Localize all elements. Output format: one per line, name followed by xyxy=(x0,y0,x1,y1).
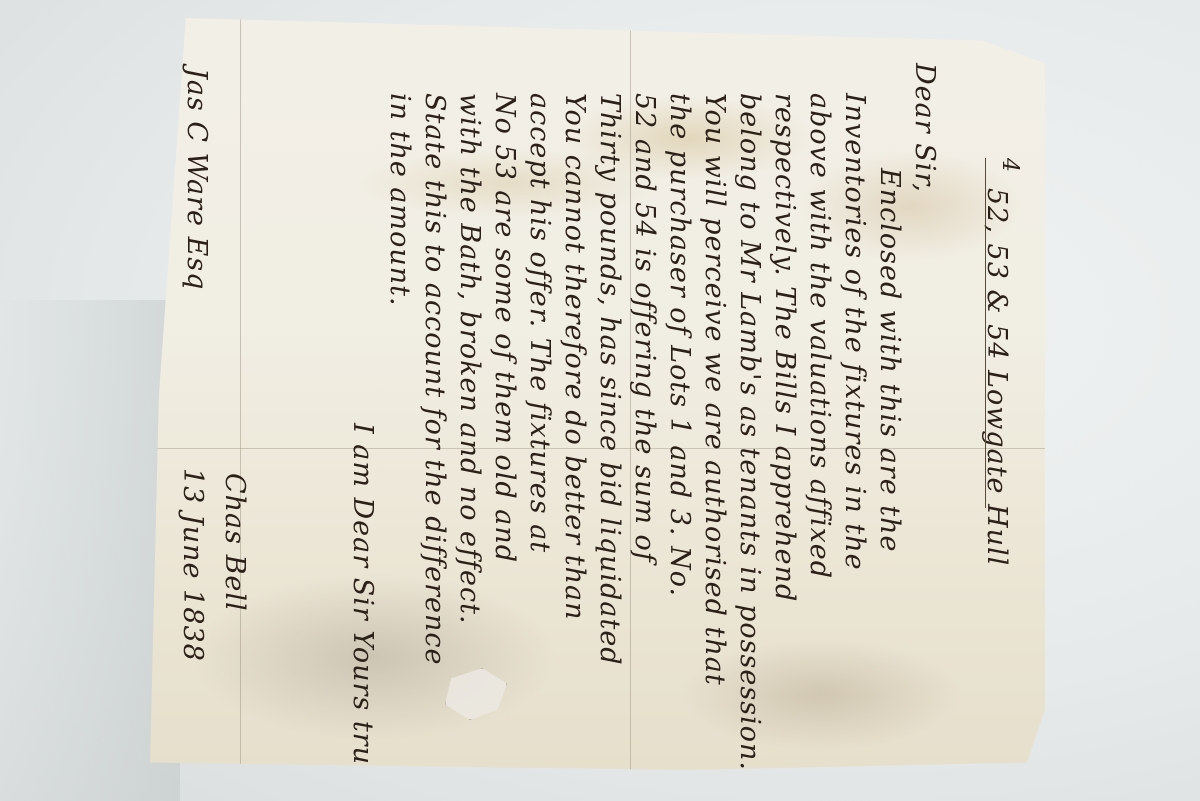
letter-date: 13 June 1838 xyxy=(177,468,208,662)
closing: I am Dear Sir Yours truly xyxy=(347,423,378,791)
body-line: accept his offer. The fixtures at xyxy=(524,93,555,553)
body-line: You cannot therefore do better than xyxy=(559,93,590,621)
addressee: Jas C Ware Esq xyxy=(181,68,212,290)
body-line: You will perceive we are authorised that xyxy=(699,93,730,686)
body-line: 52 and 54 is offering the sum of xyxy=(629,93,660,563)
header-mark: 4 xyxy=(997,158,1022,173)
signature: Chas Bell xyxy=(219,473,250,612)
body-line: Enclosed with this are the xyxy=(874,168,905,552)
body-line: Inventories of the fixtures in the xyxy=(839,93,870,571)
body-line: in the amount. xyxy=(384,93,415,307)
body-line: belong to Mr Lamb's as tenants in posses… xyxy=(734,93,765,771)
body-line: State this to account for the difference xyxy=(419,93,450,665)
body-line: with the Bath, broken and no effect. xyxy=(454,93,485,625)
body-line: the purchaser of Lots 1 and 3. No. xyxy=(664,93,695,597)
body-line: No 53 are some of them old and xyxy=(489,93,520,563)
body-line: above with the valuations affixed xyxy=(804,93,835,579)
paper-tear xyxy=(445,668,507,720)
fold-crease xyxy=(240,18,241,770)
salutation: Dear Sir, xyxy=(909,63,940,193)
letter-paper: 4 52, 53 & 54 Lowgate Hull Dear Sir, Enc… xyxy=(150,18,1045,770)
header-underline xyxy=(985,158,986,508)
body-line: Thirty pounds, has since bid liquidated xyxy=(594,93,625,666)
body-line: respectively. The Bills I apprehend xyxy=(769,93,800,602)
